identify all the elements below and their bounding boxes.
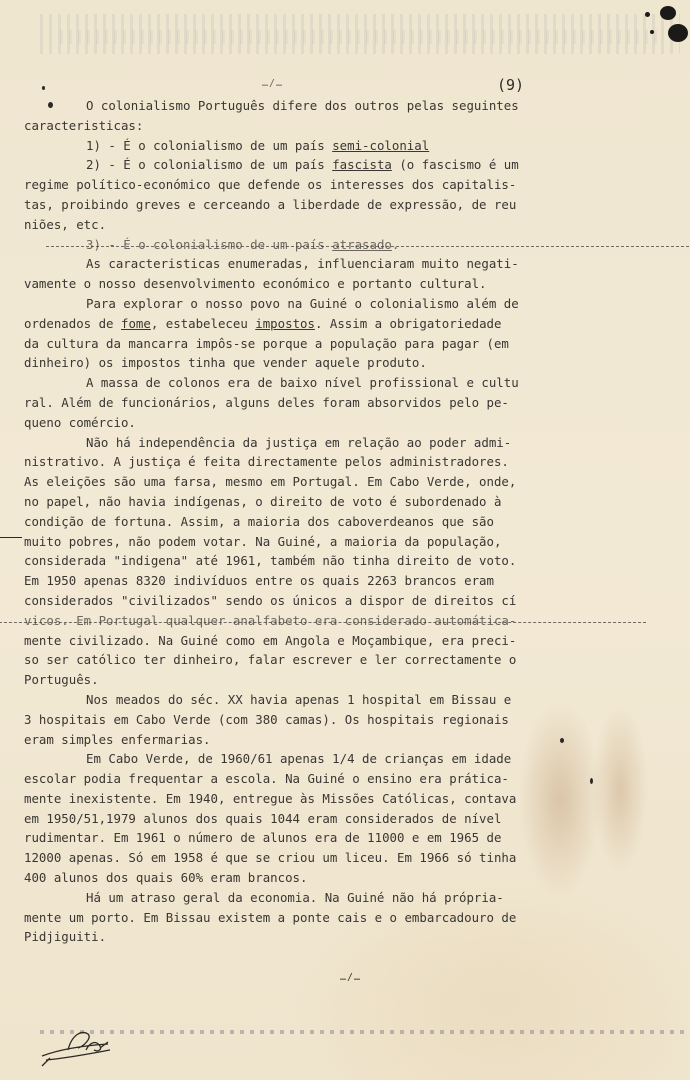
continuation-marker-top: …/…: [262, 78, 283, 89]
text-line: ral. Além de funcionários, alguns deles …: [24, 393, 564, 413]
signature-icon: [38, 1020, 128, 1068]
show-through-text-top-2: [60, 30, 660, 44]
text-line: regime político-económico que defende os…: [24, 175, 564, 195]
margin-ink-dot: [590, 778, 593, 784]
text-line: rudimentar. Em 1961 o número de alunos e…: [24, 828, 564, 848]
text-span: 2) - É o colonialismo de um país: [86, 157, 332, 172]
text-line: 3) - É o colonialismo de um país atrasad…: [24, 235, 564, 255]
text-line: considerada "indigena" até 1961, também …: [24, 551, 564, 571]
text-line: tas, proibindo greves e cerceando a libe…: [24, 195, 564, 215]
text-line: queno comércio.: [24, 413, 564, 433]
show-through-text-bottom: [40, 1030, 690, 1034]
text-line: 12000 apenas. Só em 1958 é que se criou …: [24, 848, 564, 868]
underlined-term: semi-colonial: [332, 138, 429, 153]
text-line: condição de fortuna. Assim, a maioria do…: [24, 512, 564, 532]
text-line: mente um porto. Em Bissau existem a pont…: [24, 908, 564, 928]
corner-ink-stain: [630, 0, 690, 50]
underlined-term: atrasado: [332, 237, 392, 252]
text-line: O colonialismo Português difere dos outr…: [24, 96, 564, 116]
text-line: eram simples enfermarias.: [24, 730, 564, 750]
document-body: O colonialismo Português difere dos outr…: [24, 96, 564, 947]
text-span: ordenados de: [24, 316, 121, 331]
text-span: , estabeleceu: [151, 316, 255, 331]
text-line: Nos meados do séc. XX havia apenas 1 hos…: [24, 690, 564, 710]
text-span: 1) - É o colonialismo de um país: [86, 138, 332, 153]
text-line: considerados "civilizados" sendo os únic…: [24, 591, 564, 611]
text-line: muito pobres, não podem votar. Na Guiné,…: [24, 532, 564, 552]
text-line: vicos. Em Portugal qualquer analfabeto e…: [24, 611, 564, 631]
text-line: As caracteristicas enumeradas, influenci…: [24, 254, 564, 274]
text-line: mente inexistente. Em 1940, entregue às …: [24, 789, 564, 809]
page-number: (9): [497, 76, 524, 94]
text-line: dinheiro) os impostos tinha que vender a…: [24, 353, 564, 373]
text-line: da cultura da mancarra impôs-se porque a…: [24, 334, 564, 354]
text-line: As eleições são uma farsa, mesmo em Port…: [24, 472, 564, 492]
text-line: 400 alunos dos quais 60% eram brancos.: [24, 868, 564, 888]
text-line: Em 1950 apenas 8320 indivíduos entre os …: [24, 571, 564, 591]
margin-ink-dot: [42, 86, 45, 90]
text-span: (o fascismo é um: [392, 157, 519, 172]
text-line: nistrativo. A justiça é feita directamen…: [24, 452, 564, 472]
text-line: 2) - É o colonialismo de um país fascist…: [24, 155, 564, 175]
text-line: em 1950/51,1979 alunos dos quais 1044 er…: [24, 809, 564, 829]
text-line: caracteristicas:: [24, 116, 564, 136]
text-line: so ser católico ter dinheiro, falar escr…: [24, 650, 564, 670]
text-line: escolar podia frequentar a escola. Na Gu…: [24, 769, 564, 789]
text-line: Pidjiguiti.: [24, 927, 564, 947]
underlined-term: fascista: [332, 157, 392, 172]
text-line: A massa de colonos era de baixo nível pr…: [24, 373, 564, 393]
text-line: ordenados de fome, estabeleceu impostos.…: [24, 314, 564, 334]
continuation-marker-bottom: …/…: [340, 972, 361, 983]
text-line: 3 hospitais em Cabo Verde (com 380 camas…: [24, 710, 564, 730]
text-line: 1) - É o colonialismo de um país semi-co…: [24, 136, 564, 156]
margin-arrow-mark: [0, 537, 22, 538]
text-line: Há um atraso geral da economia. Na Guiné…: [24, 888, 564, 908]
text-line: mente civilizado. Na Guiné como em Angol…: [24, 631, 564, 651]
underlined-term: fome: [121, 316, 151, 331]
underlined-term: impostos: [255, 316, 315, 331]
text-line: Em Cabo Verde, de 1960/61 apenas 1/4 de …: [24, 749, 564, 769]
text-span: 3) - É o colonialismo de um país: [86, 237, 332, 252]
text-line: niões, etc.: [24, 215, 564, 235]
text-line: Português.: [24, 670, 564, 690]
text-line: Para explorar o nosso povo na Guiné o co…: [24, 294, 564, 314]
text-span: . Assim a obrigatoriedade: [315, 316, 502, 331]
text-line: vamente o nosso desenvolvimento económic…: [24, 274, 564, 294]
text-line: no papel, não havia indígenas, o direito…: [24, 492, 564, 512]
text-line: Não há independência da justiça em relaç…: [24, 433, 564, 453]
text-span: .: [392, 237, 399, 252]
